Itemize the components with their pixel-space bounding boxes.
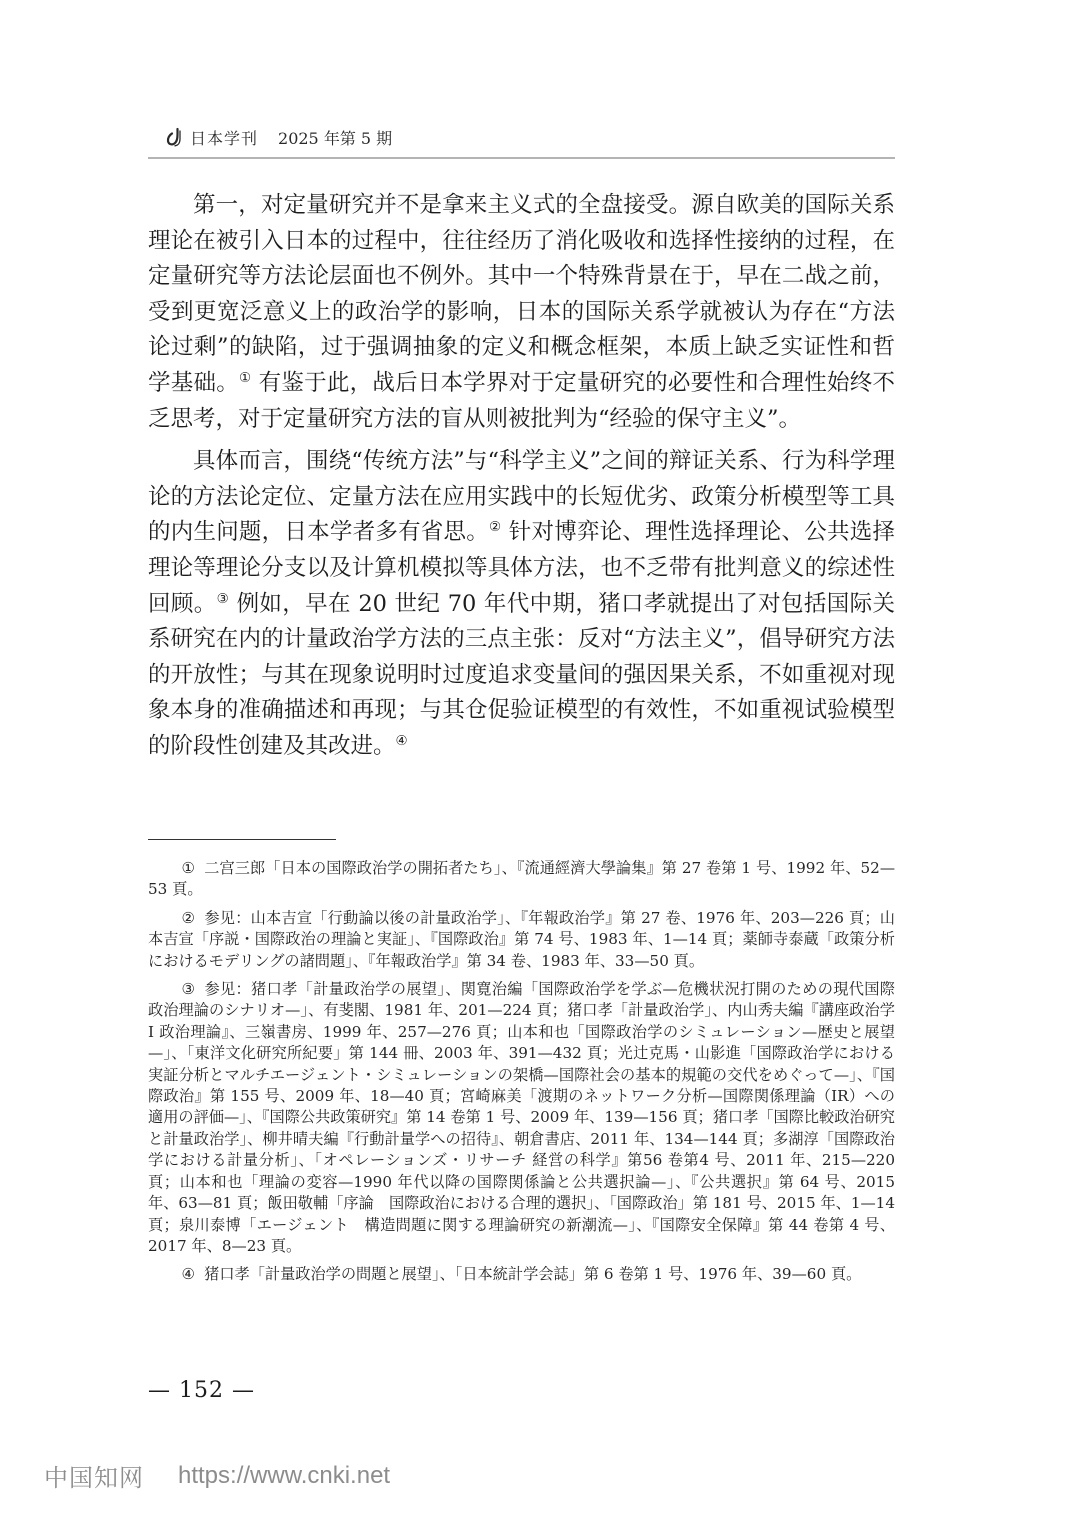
footnote-divider [148,839,336,840]
article-body: 第一，对定量研究并不是拿来主义式的全盘接受。源自欧美的国际关系理论在被引入日本的… [148,188,895,772]
journal-title: 日本学刊 [190,126,258,149]
footnote-mark: ② [181,909,195,927]
footnote-4: ④猪口孝「計量政治学の問題と展望」、「日本統計学会誌」第 6 卷第 1 号、19… [148,1264,895,1285]
page-number: — 152 — [148,1378,255,1403]
footnotes: ①二宫三郎「日本の国際政治学の開拓者たち」、『流通經濟大學論集』第 27 卷第 … [148,858,895,1293]
watermark-brand: 中国知网 [44,1458,144,1493]
footnote-text: 参见：山本吉宣「行動論以後の計量政治学」、『年報政治学』第 27 卷、1976 … [148,909,895,970]
paragraph-text: 例如，早在 20 世纪 70 年代中期，猪口孝就提出了对包括国际关系研究在内的计… [148,591,895,759]
footnote-ref[interactable]: ② [489,519,501,535]
paragraph-text: 有鉴于此，战后日本学界对于定量研究的必要性和合理性始终不乏思考，对于定量研究方法… [148,370,895,432]
footnote-ref[interactable]: ④ [396,733,408,749]
footnote-ref[interactable]: ① [239,370,251,386]
footnote-ref[interactable]: ③ [217,590,229,606]
issue-label: 2025 年第 5 期 [278,126,392,149]
watermark-url[interactable]: https://www.cnki.net [178,1462,390,1490]
footnote-text: 猪口孝「計量政治学の問題と展望」、「日本統計学会誌」第 6 卷第 1 号、197… [204,1265,861,1283]
footnote-text: 二宫三郎「日本の国際政治学の開拓者たち」、『流通經濟大學論集』第 27 卷第 1… [148,859,895,898]
footnote-mark: ③ [181,980,195,998]
footnote-mark: ④ [181,1265,195,1283]
paragraph: 具体而言，围绕“传统方法”与“科学主义”之间的辩证关系、行为科学理论的方法论定位… [148,444,895,764]
paragraph: 第一，对定量研究并不是拿来主义式的全盘接受。源自欧美的国际关系理论在被引入日本的… [148,188,895,437]
journal-logo-icon [166,127,184,147]
footnote-text: 参见：猪口孝「計量政治学の展望」、関寛治編「国際政治学を学ぶ—危機状況打開のため… [148,980,895,1255]
footnote-2: ②参见：山本吉宣「行動論以後の計量政治学」、『年報政治学』第 27 卷、1976… [148,908,895,972]
footnote-3: ③参见：猪口孝「計量政治学の展望」、関寛治編「国際政治学を学ぶ—危機状況打開のた… [148,979,895,1257]
footnote-mark: ① [181,859,195,877]
paragraph-text: 第一，对定量研究并不是拿来主义式的全盘接受。源自欧美的国际关系理论在被引入日本的… [148,192,895,396]
footnote-1: ①二宫三郎「日本の国際政治学の開拓者たち」、『流通經濟大學論集』第 27 卷第 … [148,858,895,901]
header-divider [148,157,895,159]
watermark: 中国知网 https://www.cnki.net [44,1458,390,1493]
running-header: 日本学刊 2025 年第 5 期 [166,124,392,150]
